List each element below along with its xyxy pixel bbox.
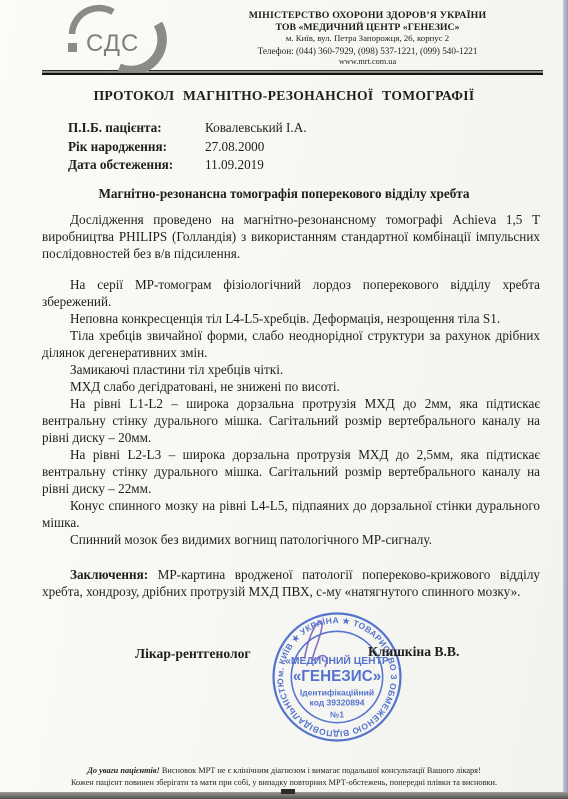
paragraph: На серії МР-томограм фізіологічний лордо…: [42, 276, 540, 310]
paragraph: МХД слабо дегідратовані, не знижені по в…: [42, 378, 540, 395]
patient-birth-value: 27.08.2000: [205, 138, 264, 157]
logo-text: СДС: [86, 30, 139, 57]
scan-artifact: [281, 789, 295, 794]
paragraph: Неповна конкресценція тіл L4-L5-хребців.…: [42, 310, 540, 327]
patient-date-value: 11.09.2019: [205, 156, 264, 175]
patient-name-row: П.І.Б. пацієнта: Ковалевський І.А.: [68, 119, 568, 138]
paragraph: Тіла хребців звичайної форми, слабо неод…: [42, 327, 540, 361]
doctor-role: Лікар-рентгенолог: [135, 646, 251, 662]
organization-block: МІНІСТЕРСТВО ОХОРОНИ ЗДОРОВ’Я УКРАЇНИ ТО…: [195, 10, 540, 67]
stamp-id-line2: код 39320894: [310, 697, 365, 707]
exam-title: Магнітно-резонансна томографія попереков…: [0, 186, 568, 202]
sds-logo: СДС: [56, 4, 188, 77]
paragraph: Спинний мозок без видимих вогнищ патолог…: [42, 531, 540, 548]
website-line: www.mrt.com.ua: [195, 57, 540, 67]
patient-name-value: Ковалевський І.А.: [205, 119, 307, 138]
patient-info: П.І.Б. пацієнта: Ковалевський І.А. Рік н…: [68, 119, 568, 175]
notice-rest: Висновок МРТ не є клінічним діагнозом і …: [160, 766, 481, 775]
scanned-document-page: СДС МІНІСТЕРСТВО ОХОРОНИ ЗДОРОВ’Я УКРАЇН…: [0, 0, 568, 799]
notice-line2: Кожен пацієнт повинен зберігати та мати …: [0, 777, 568, 789]
conclusion-paragraph: Заключення: МР-картина вродженої патолог…: [42, 566, 540, 600]
clinic-stamp: м. КИЇВ ★ УКРАЇНА ★ ТОВАРИСТВО З ОБМЕЖЕН…: [270, 610, 404, 744]
company-line: ТОВ «МЕДИЧНИЙ ЦЕНТР «ГЕНЕЗИС»: [195, 22, 540, 34]
signature-block: Лікар-рентгенолог Клишкіна В.В. м. КИЇВ …: [0, 608, 568, 758]
patient-date-label: Дата обстеження:: [68, 156, 205, 175]
ministry-line: МІНІСТЕРСТВО ОХОРОНИ ЗДОРОВ’Я УКРАЇНИ: [195, 10, 540, 22]
patient-birth-label: Рік народження:: [68, 138, 205, 157]
patient-date-row: Дата обстеження: 11.09.2019: [68, 156, 568, 175]
conclusion-label: Заключення:: [70, 567, 148, 582]
paragraph: На рівні L1-L2 – широка дорзальна протру…: [42, 395, 540, 446]
document-title: ПРОТОКОЛ МАГНІТНО-РЕЗОНАНСНОЇ ТОМОГРАФІЇ: [0, 88, 568, 104]
stamp-center-line2: «ГЕНЕЗИС»: [293, 668, 381, 685]
patient-birth-row: Рік народження: 27.08.2000: [68, 138, 568, 157]
paragraph: Конус спинного мозку на рівні L4-L5, під…: [42, 497, 540, 531]
patient-name-label: П.І.Б. пацієнта:: [68, 119, 205, 138]
address-line: м. Київ, вул. Петра Запорожця, 26, корпу…: [195, 33, 540, 43]
notice-lead: До уваги пацієнтів!: [87, 766, 160, 775]
sds-logo-icon: СДС: [56, 4, 188, 72]
findings-text: Дослідження проведено на магнітно-резона…: [42, 211, 540, 600]
stamp-icon: м. КИЇВ ★ УКРАЇНА ★ ТОВАРИСТВО З ОБМЕЖЕН…: [270, 610, 404, 744]
stamp-number: №1: [330, 709, 344, 719]
paragraph: На рівні L2-L3 – широка дорзальна протру…: [42, 446, 540, 497]
patient-notice: До уваги пацієнтів! Висновок МРТ не є кл…: [0, 765, 568, 788]
phones-line: Телефон: (044) 360-7929, (098) 537-1221,…: [195, 46, 540, 57]
doctor-name: Клишкіна В.В.: [368, 644, 459, 660]
paragraph: Замикаючі пластини тіл хребців чіткі.: [42, 361, 540, 378]
notice-line1: До уваги пацієнтів! Висновок МРТ не є кл…: [0, 765, 568, 777]
paragraph: Дослідження проведено на магнітно-резона…: [42, 211, 540, 262]
stamp-id-line1: Ідентифікаційний: [300, 687, 374, 697]
letterhead: СДС МІНІСТЕРСТВО ОХОРОНИ ЗДОРОВ’Я УКРАЇН…: [0, 0, 568, 70]
